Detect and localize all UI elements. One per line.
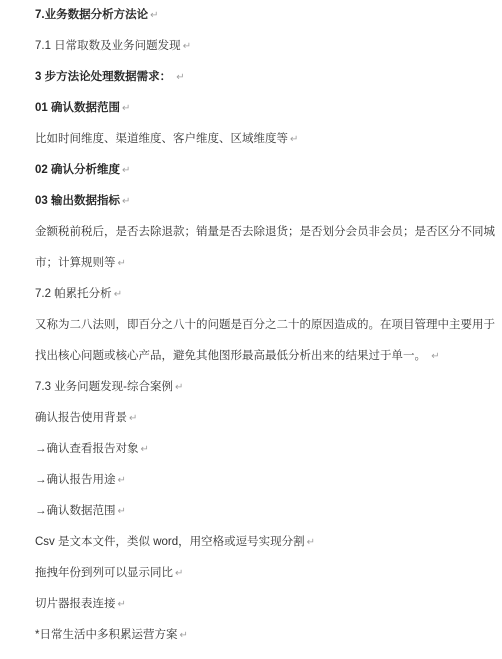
paragraph-mark-icon: ↵	[129, 413, 137, 424]
paragraph-mark-icon: ↵	[122, 103, 130, 114]
paragraph-line: 7.业务数据分析方法论↵	[35, 0, 488, 31]
paragraph-line: 03 输出数据指标↵	[35, 186, 488, 217]
paragraph: 7.3 业务问题发现-综合案例↵	[35, 372, 488, 403]
paragraph: 切片器报表连接↵	[35, 589, 488, 620]
paragraph-line: 7.1 日常取数及业务问题发现↵	[35, 31, 488, 62]
paragraph-line: 市；计算规则等↵	[35, 248, 488, 279]
paragraph-mark-icon: ↵	[118, 258, 126, 269]
paragraph: *日常生活中多积累运营方案↵	[35, 620, 488, 651]
paragraph-mark-icon: ↵	[114, 289, 122, 300]
paragraph-line: 拖拽年份到列可以显示同比↵	[35, 558, 488, 589]
paragraph-line: 3 步方法论处理数据需求： ↵	[35, 62, 488, 93]
paragraph-line: →确认查看报告对象↵	[35, 434, 488, 465]
paragraph-mark-icon: ↵	[175, 382, 183, 393]
paragraph: 7.1 日常取数及业务问题发现↵	[35, 31, 488, 62]
paragraph-line: Csv 是文本文件，类似 word，用空格或逗号实现分割↵	[35, 527, 488, 558]
paragraph: 01 确认数据范围↵	[35, 93, 488, 124]
paragraph-mark-icon: ↵	[175, 568, 183, 579]
paragraph: Csv 是文本文件，类似 word，用空格或逗号实现分割↵	[35, 527, 488, 558]
paragraph-line: 确认报告使用背景↵	[35, 403, 488, 434]
paragraph-mark-icon: ↵	[179, 630, 187, 641]
paragraph: 比如时间维度、渠道维度、客户维度、区域维度等↵	[35, 124, 488, 155]
paragraph-mark-icon: ↵	[118, 475, 126, 486]
paragraph-line: 金额税前税后，是否去除退款；销量是否去除退货；是否划分会员非会员；是否区分不同城	[35, 217, 488, 248]
paragraph-line: 7.2 帕累托分析↵	[35, 279, 488, 310]
paragraph: 确认报告使用背景↵	[35, 403, 488, 434]
paragraph-mark-icon: ↵	[290, 134, 298, 145]
paragraph: 03 输出数据指标↵	[35, 186, 488, 217]
paragraph: 7.2 帕累托分析↵	[35, 279, 488, 310]
paragraph: 3 步方法论处理数据需求： ↵	[35, 62, 488, 93]
paragraph: 02 确认分析维度↵	[35, 155, 488, 186]
paragraph-line: 01 确认数据范围↵	[35, 93, 488, 124]
paragraph-mark-icon: ↵	[122, 196, 130, 207]
paragraph: →确认数据范围↵	[35, 496, 488, 527]
paragraph: 7.业务数据分析方法论↵	[35, 0, 488, 31]
paragraph-mark-icon: ↵	[431, 351, 439, 362]
paragraph-line: 切片器报表连接↵	[35, 589, 488, 620]
paragraph: 又称为二八法则，即百分之八十的问题是百分之二十的原因造成的。在项目管理中主要用于…	[35, 310, 488, 372]
document-page[interactable]: 7.业务数据分析方法论↵7.1 日常取数及业务问题发现↵3 步方法论处理数据需求…	[0, 0, 502, 659]
paragraph-mark-icon: ↵	[118, 506, 126, 517]
paragraph-mark-icon: ↵	[122, 165, 130, 176]
paragraph-mark-icon: ↵	[183, 41, 191, 52]
paragraph: →确认查看报告对象↵	[35, 434, 488, 465]
paragraph-line: 02 确认分析维度↵	[35, 155, 488, 186]
paragraph-line: 比如时间维度、渠道维度、客户维度、区域维度等↵	[35, 124, 488, 155]
paragraph-mark-icon: ↵	[307, 537, 315, 548]
paragraph: →确认报告用途↵	[35, 465, 488, 496]
paragraph-mark-icon: ↵	[176, 72, 184, 83]
paragraph-line: 找出核心问题或核心产品，避免其他图形最高最低分析出来的结果过于单一。 ↵	[35, 341, 488, 372]
paragraph-line: 又称为二八法则，即百分之八十的问题是百分之二十的原因造成的。在项目管理中主要用于	[35, 310, 488, 341]
paragraph-mark-icon: ↵	[150, 10, 158, 21]
paragraph-line: 7.3 业务问题发现-综合案例↵	[35, 372, 488, 403]
paragraph-line: →确认报告用途↵	[35, 465, 488, 496]
paragraph-mark-icon: ↵	[141, 444, 149, 455]
paragraph: 拖拽年份到列可以显示同比↵	[35, 558, 488, 589]
paragraph-line: *日常生活中多积累运营方案↵	[35, 620, 488, 651]
paragraph: 金额税前税后，是否去除退款；销量是否去除退货；是否划分会员非会员；是否区分不同城…	[35, 217, 488, 279]
paragraph-line: →确认数据范围↵	[35, 496, 488, 527]
paragraph-mark-icon: ↵	[118, 599, 126, 610]
